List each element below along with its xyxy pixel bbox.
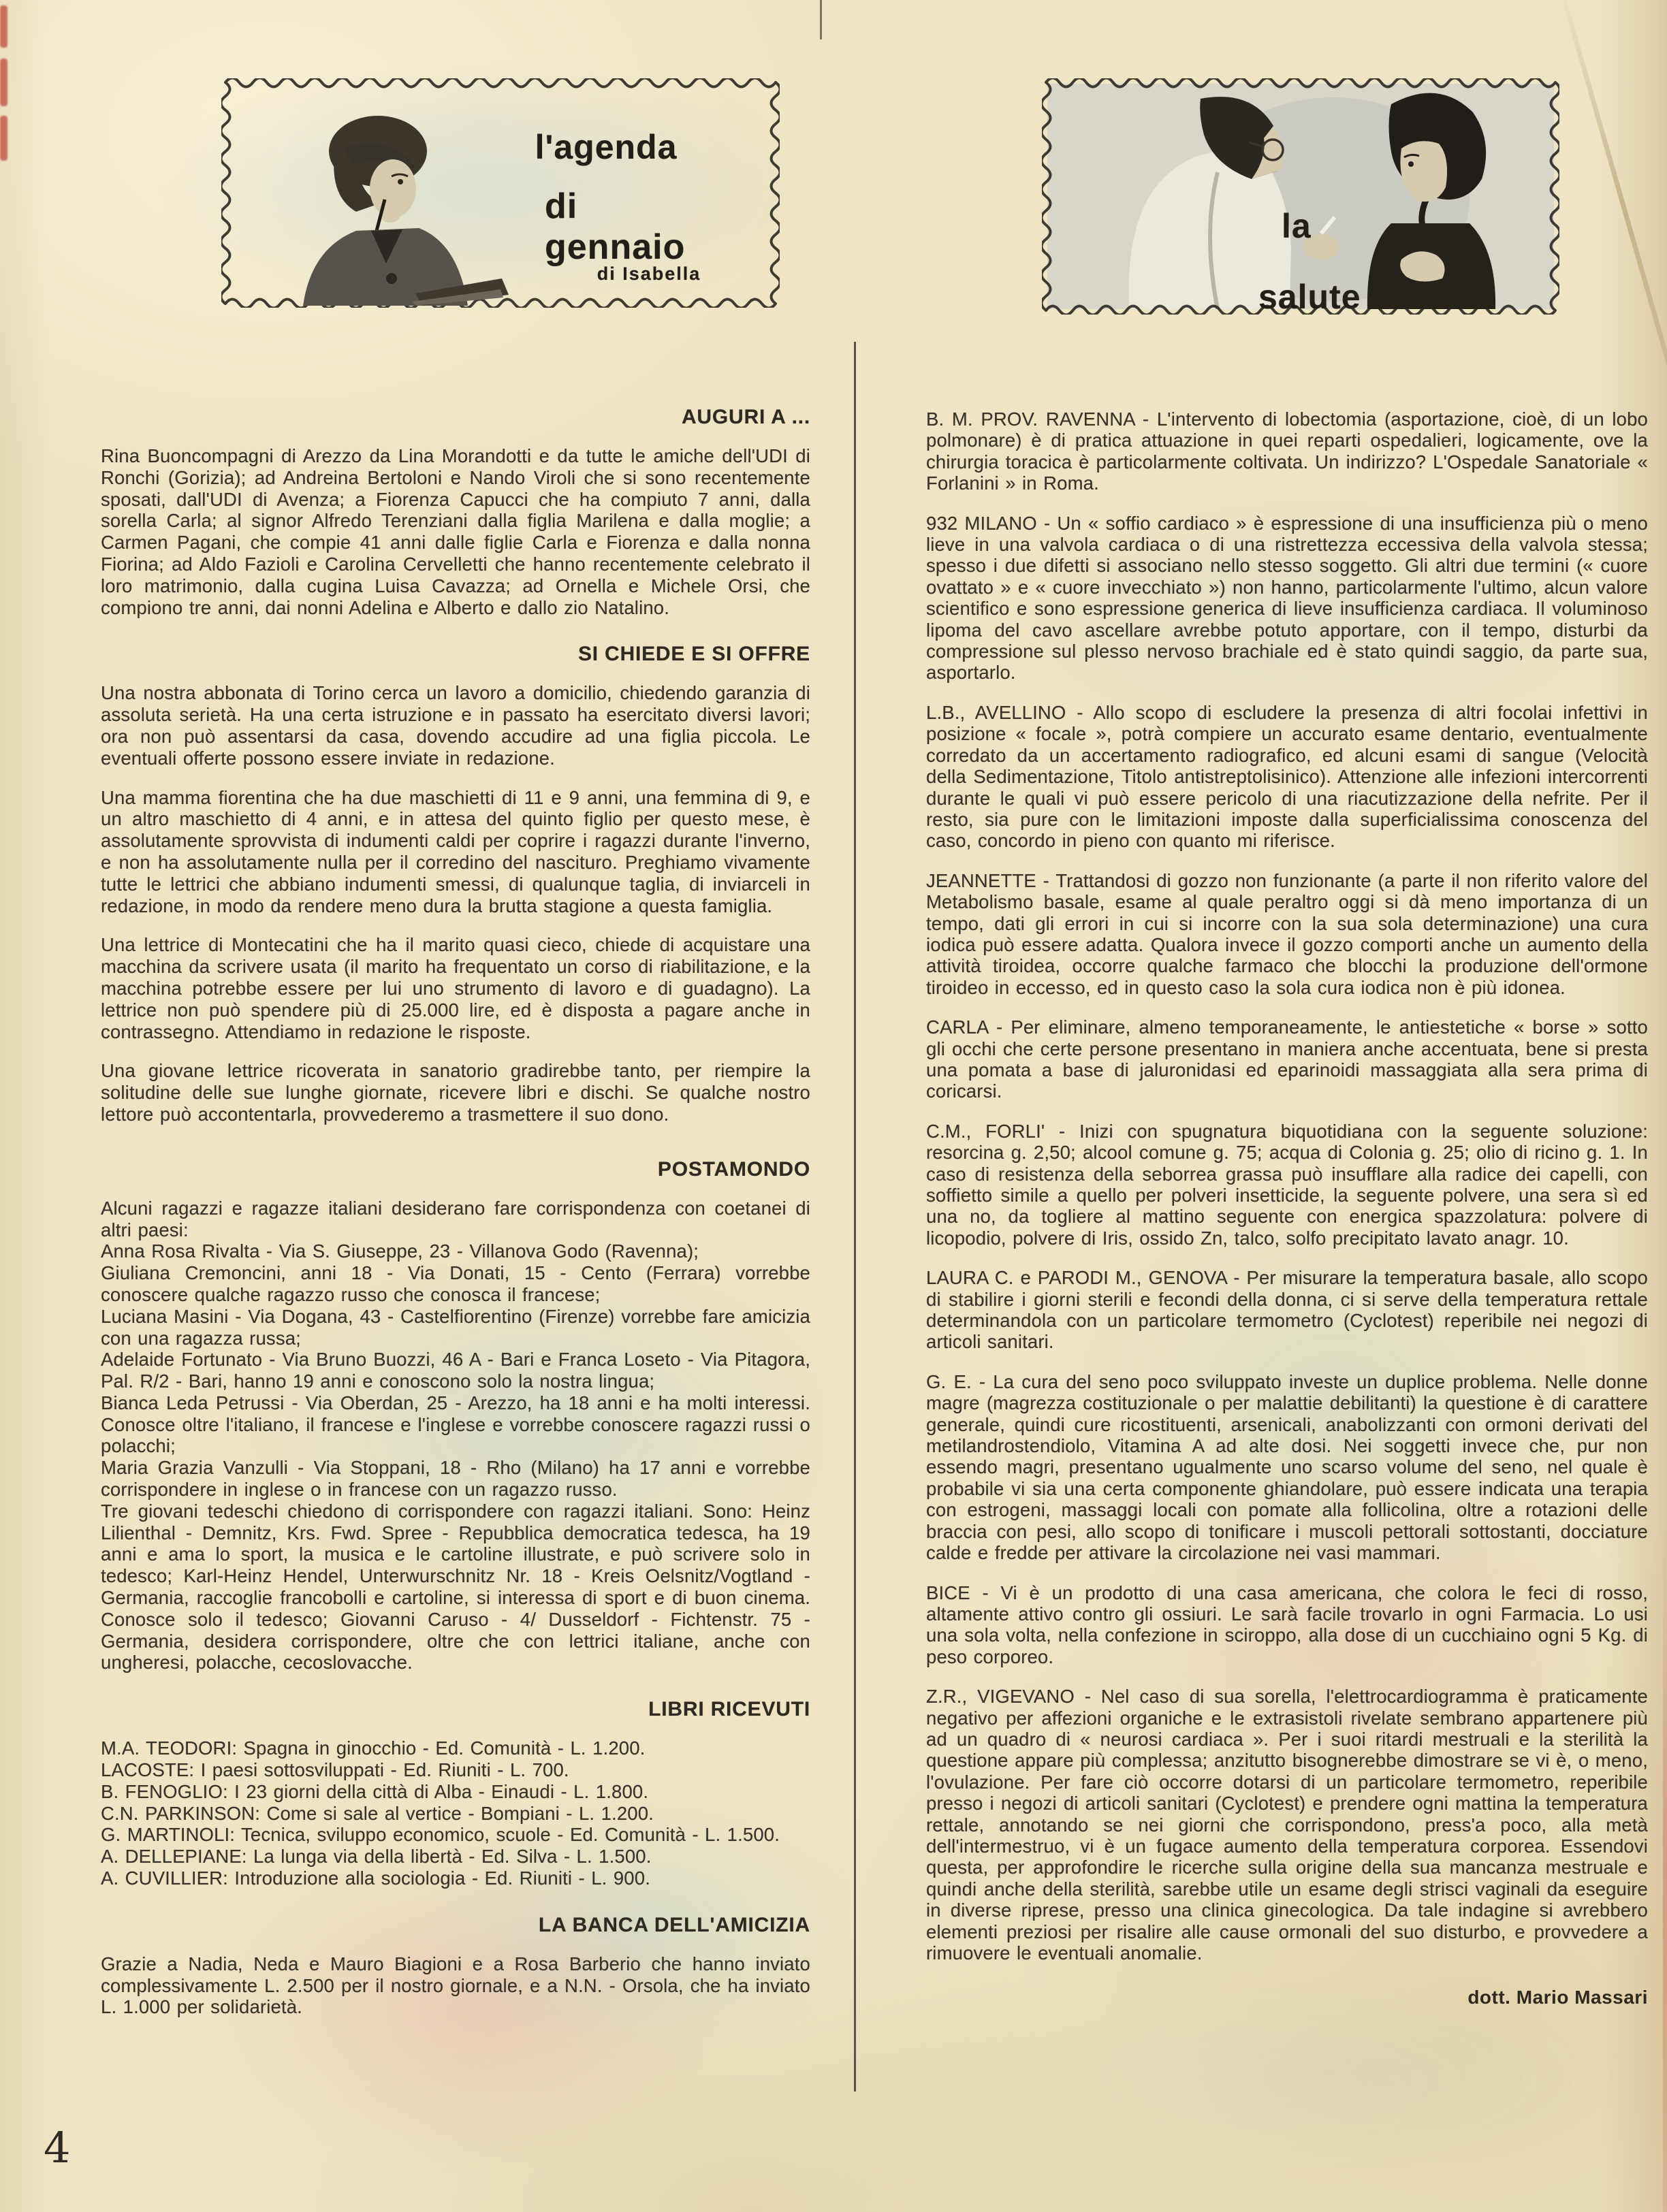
book-item: B. FENOGLIO: I 23 giorni della città di … bbox=[101, 1781, 810, 1803]
pen-pal-entry: Maria Grazia Vanzulli - Via Stoppani, 18… bbox=[101, 1457, 810, 1501]
agenda-title-line1: l'agenda bbox=[535, 127, 678, 167]
paragraph: Grazie a Nadia, Neda e Mauro Biagioni e … bbox=[101, 1953, 810, 2018]
book-item: G. MARTINOLI: Tecnica, sviluppo economic… bbox=[101, 1824, 810, 1846]
qa-entry: C.M., FORLI' - Inizi con spugnatura biqu… bbox=[926, 1121, 1648, 1249]
paragraph: Una giovane lettrice ricoverata in sanat… bbox=[101, 1060, 810, 1125]
section-heading-postamondo: POSTAMONDO bbox=[101, 1158, 810, 1181]
salute-title-line2: salute bbox=[1258, 277, 1361, 317]
book-item: M.A. TEODORI: Spagna in ginocchio - Ed. … bbox=[101, 1737, 810, 1759]
scan-edge-mark bbox=[1663, 1525, 1667, 2212]
section-heading-auguri: AUGURI A ... bbox=[101, 406, 810, 429]
left-column: AUGURI A ... Rina Buoncompagni di Arezzo… bbox=[101, 406, 810, 2018]
woman-portrait-photo bbox=[276, 114, 521, 306]
paragraph: Una nostra abbonata di Torino cerca un l… bbox=[101, 682, 810, 769]
qa-entry: CARLA - Per eliminare, almeno temporanea… bbox=[926, 1016, 1648, 1102]
salute-title-line1: la bbox=[1282, 206, 1312, 246]
section-heading-si-chiede: SI CHIEDE E SI OFFRE bbox=[101, 643, 810, 666]
qa-entry: 932 MILANO - Un « soffio cardiaco » è es… bbox=[926, 513, 1648, 684]
section-heading-banca: LA BANCA DELL'AMICIZIA bbox=[101, 1914, 810, 1937]
book-item: A. CUVILLIER: Introduzione alla sociolog… bbox=[101, 1868, 810, 1889]
book-item: LACOSTE: I paesi sottosviluppati - Ed. R… bbox=[101, 1759, 810, 1781]
agenda-header-box: l'agenda di gennaio di Isabella bbox=[221, 78, 780, 308]
paragraph: Rina Buoncompagni di Arezzo da Lina Mora… bbox=[101, 445, 810, 618]
qa-entry: JEANNETTE - Trattandosi di gozzo non fun… bbox=[926, 870, 1648, 998]
book-item: A. DELLEPIANE: La lunga via della libert… bbox=[101, 1846, 810, 1868]
pen-pal-entry: Luciana Masini - Via Dogana, 43 - Castel… bbox=[101, 1306, 810, 1349]
agenda-byline: di Isabella bbox=[597, 263, 701, 285]
paragraph: Una lettrice di Montecatini che ha il ma… bbox=[101, 934, 810, 1042]
salute-header-box: la salute bbox=[1042, 78, 1559, 315]
scan-edge-mark bbox=[0, 116, 7, 161]
page-number: 4 bbox=[44, 2123, 70, 2173]
pen-pal-entry: Anna Rosa Rivalta - Via S. Giuseppe, 23 … bbox=[101, 1240, 810, 1262]
pen-pal-entry: Adelaide Fortunato - Via Bruno Buozzi, 4… bbox=[101, 1349, 810, 1392]
pen-pal-entry: Giuliana Cremoncini, anni 18 - Via Donat… bbox=[101, 1262, 810, 1306]
scan-edge-mark bbox=[0, 5, 7, 48]
paragraph: Una mamma fiorentina che ha due maschiet… bbox=[101, 787, 810, 917]
section-heading-libri: LIBRI RICEVUTI bbox=[101, 1698, 810, 1721]
right-column: B. M. PROV. RAVENNA - L'intervento di lo… bbox=[926, 408, 1648, 2008]
qa-entry: BICE - Vi è un prodotto di una casa amer… bbox=[926, 1582, 1648, 1668]
paragraph: Alcuni ragazzi e ragazze italiani deside… bbox=[101, 1198, 810, 1241]
center-fold-mark bbox=[820, 0, 822, 39]
qa-entry: L.B., AVELLINO - Allo scopo di escludere… bbox=[926, 702, 1648, 852]
pen-pal-entry: Bianca Leda Petrussi - Via Oberdan, 25 -… bbox=[101, 1392, 810, 1457]
scan-edge-mark bbox=[0, 59, 7, 106]
column-divider-rule bbox=[854, 342, 856, 2091]
qa-entry: Z.R., VIGEVANO - Nel caso di sua sorella… bbox=[926, 1686, 1648, 1963]
book-item: C.N. PARKINSON: Come si sale al vertice … bbox=[101, 1803, 810, 1825]
author-signature: dott. Mario Massari bbox=[926, 1987, 1648, 2008]
agenda-title-line2: di gennaio bbox=[545, 186, 701, 268]
qa-entry: LAURA C. e PARODI M., GENOVA - Per misur… bbox=[926, 1267, 1648, 1353]
qa-entry: B. M. PROV. RAVENNA - L'intervento di lo… bbox=[926, 408, 1648, 494]
qa-entry: G. E. - La cura del seno poco sviluppato… bbox=[926, 1371, 1648, 1564]
pen-pal-entry: Tre giovani tedeschi chiedono di corrisp… bbox=[101, 1501, 810, 1673]
magazine-page-scan: { "page": { "number": "4", "colors": { "… bbox=[0, 0, 1667, 2212]
